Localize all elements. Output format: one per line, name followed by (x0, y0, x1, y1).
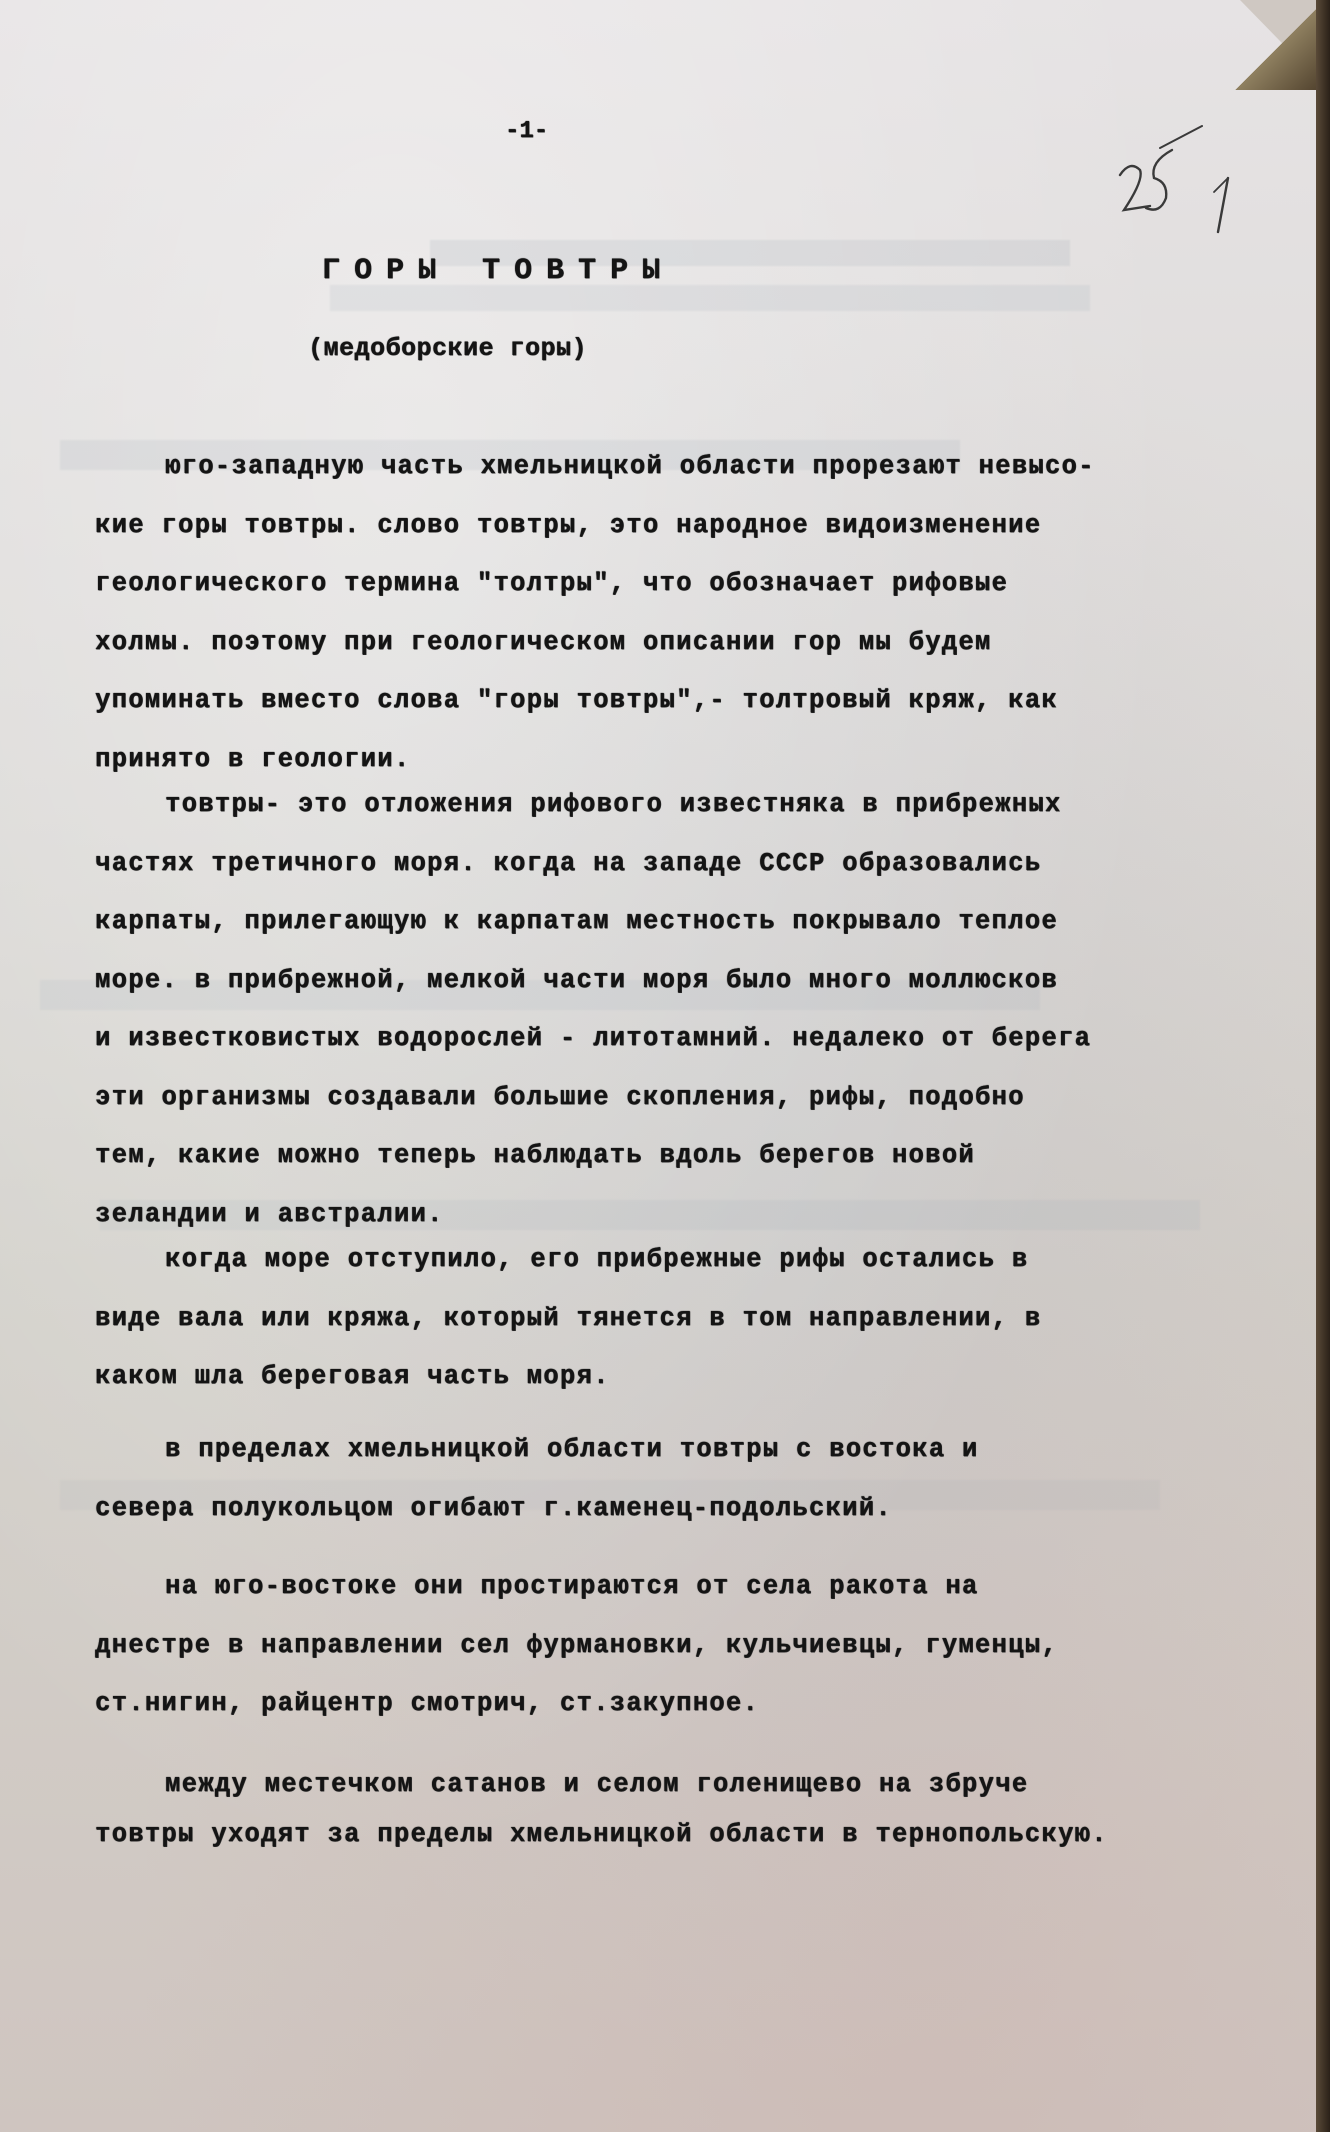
text-line: в пределах хмельницкой области товтры с … (165, 1435, 979, 1464)
text-line: ст.нигин, райцентр смотрич, ст.закупное. (95, 1689, 759, 1718)
text-line: каком шла береговая часть моря. (95, 1362, 610, 1391)
text-line: море. в прибрежной, мелкой части моря бы… (95, 966, 1058, 995)
text-line: принято в геологии. (95, 745, 410, 774)
text-line: днестре в направлении сел фурмановки, ку… (95, 1631, 1058, 1660)
text-line: и известковистых водорослей - литотамний… (95, 1024, 1091, 1053)
text-line: зеландии и австралии. (95, 1200, 444, 1229)
handwritten-folio-mark (1110, 120, 1250, 240)
text-line: геологического термина "толтры", что обо… (95, 569, 1008, 598)
document-title: ГОРЫ ТОВТРЫ (322, 254, 674, 288)
page-number: -1- (505, 118, 548, 145)
document-page (0, 0, 1318, 2132)
text-line: когда море отступило, его прибрежные риф… (165, 1245, 1028, 1274)
text-line: товтры- это отложения рифового известняк… (165, 790, 1062, 819)
bleed-through (330, 285, 1090, 311)
text-line: кие горы товтры. слово товтры, это народ… (95, 511, 1041, 540)
text-line: эти организмы создавали большие скоплени… (95, 1083, 1025, 1112)
text-line: севера полукольцом огибают г.каменец-под… (95, 1494, 892, 1523)
text-line: частях третичного моря. когда на западе … (95, 849, 1041, 878)
text-line: виде вала или кряжа, который тянется в т… (95, 1304, 1041, 1333)
text-line: юго-западную часть хмельницкой области п… (165, 452, 1095, 481)
page-corner (1230, 0, 1330, 90)
text-line: тем, какие можно теперь наблюдать вдоль … (95, 1141, 975, 1170)
text-line: на юго-востоке они простираются от села … (165, 1572, 979, 1601)
text-line: упоминать вместо слова "горы товтры",- т… (95, 686, 1058, 715)
text-line: товтры уходят за пределы хмельницкой обл… (95, 1820, 1108, 1849)
text-line: карпаты, прилегающую к карпатам местност… (95, 907, 1058, 936)
text-line: между местечком сатанов и селом голенище… (165, 1770, 1028, 1799)
page-edge (1316, 0, 1330, 2132)
document-subtitle: (медоборские горы) (308, 334, 587, 363)
text-line: холмы. поэтому при геологическом описани… (95, 628, 992, 657)
